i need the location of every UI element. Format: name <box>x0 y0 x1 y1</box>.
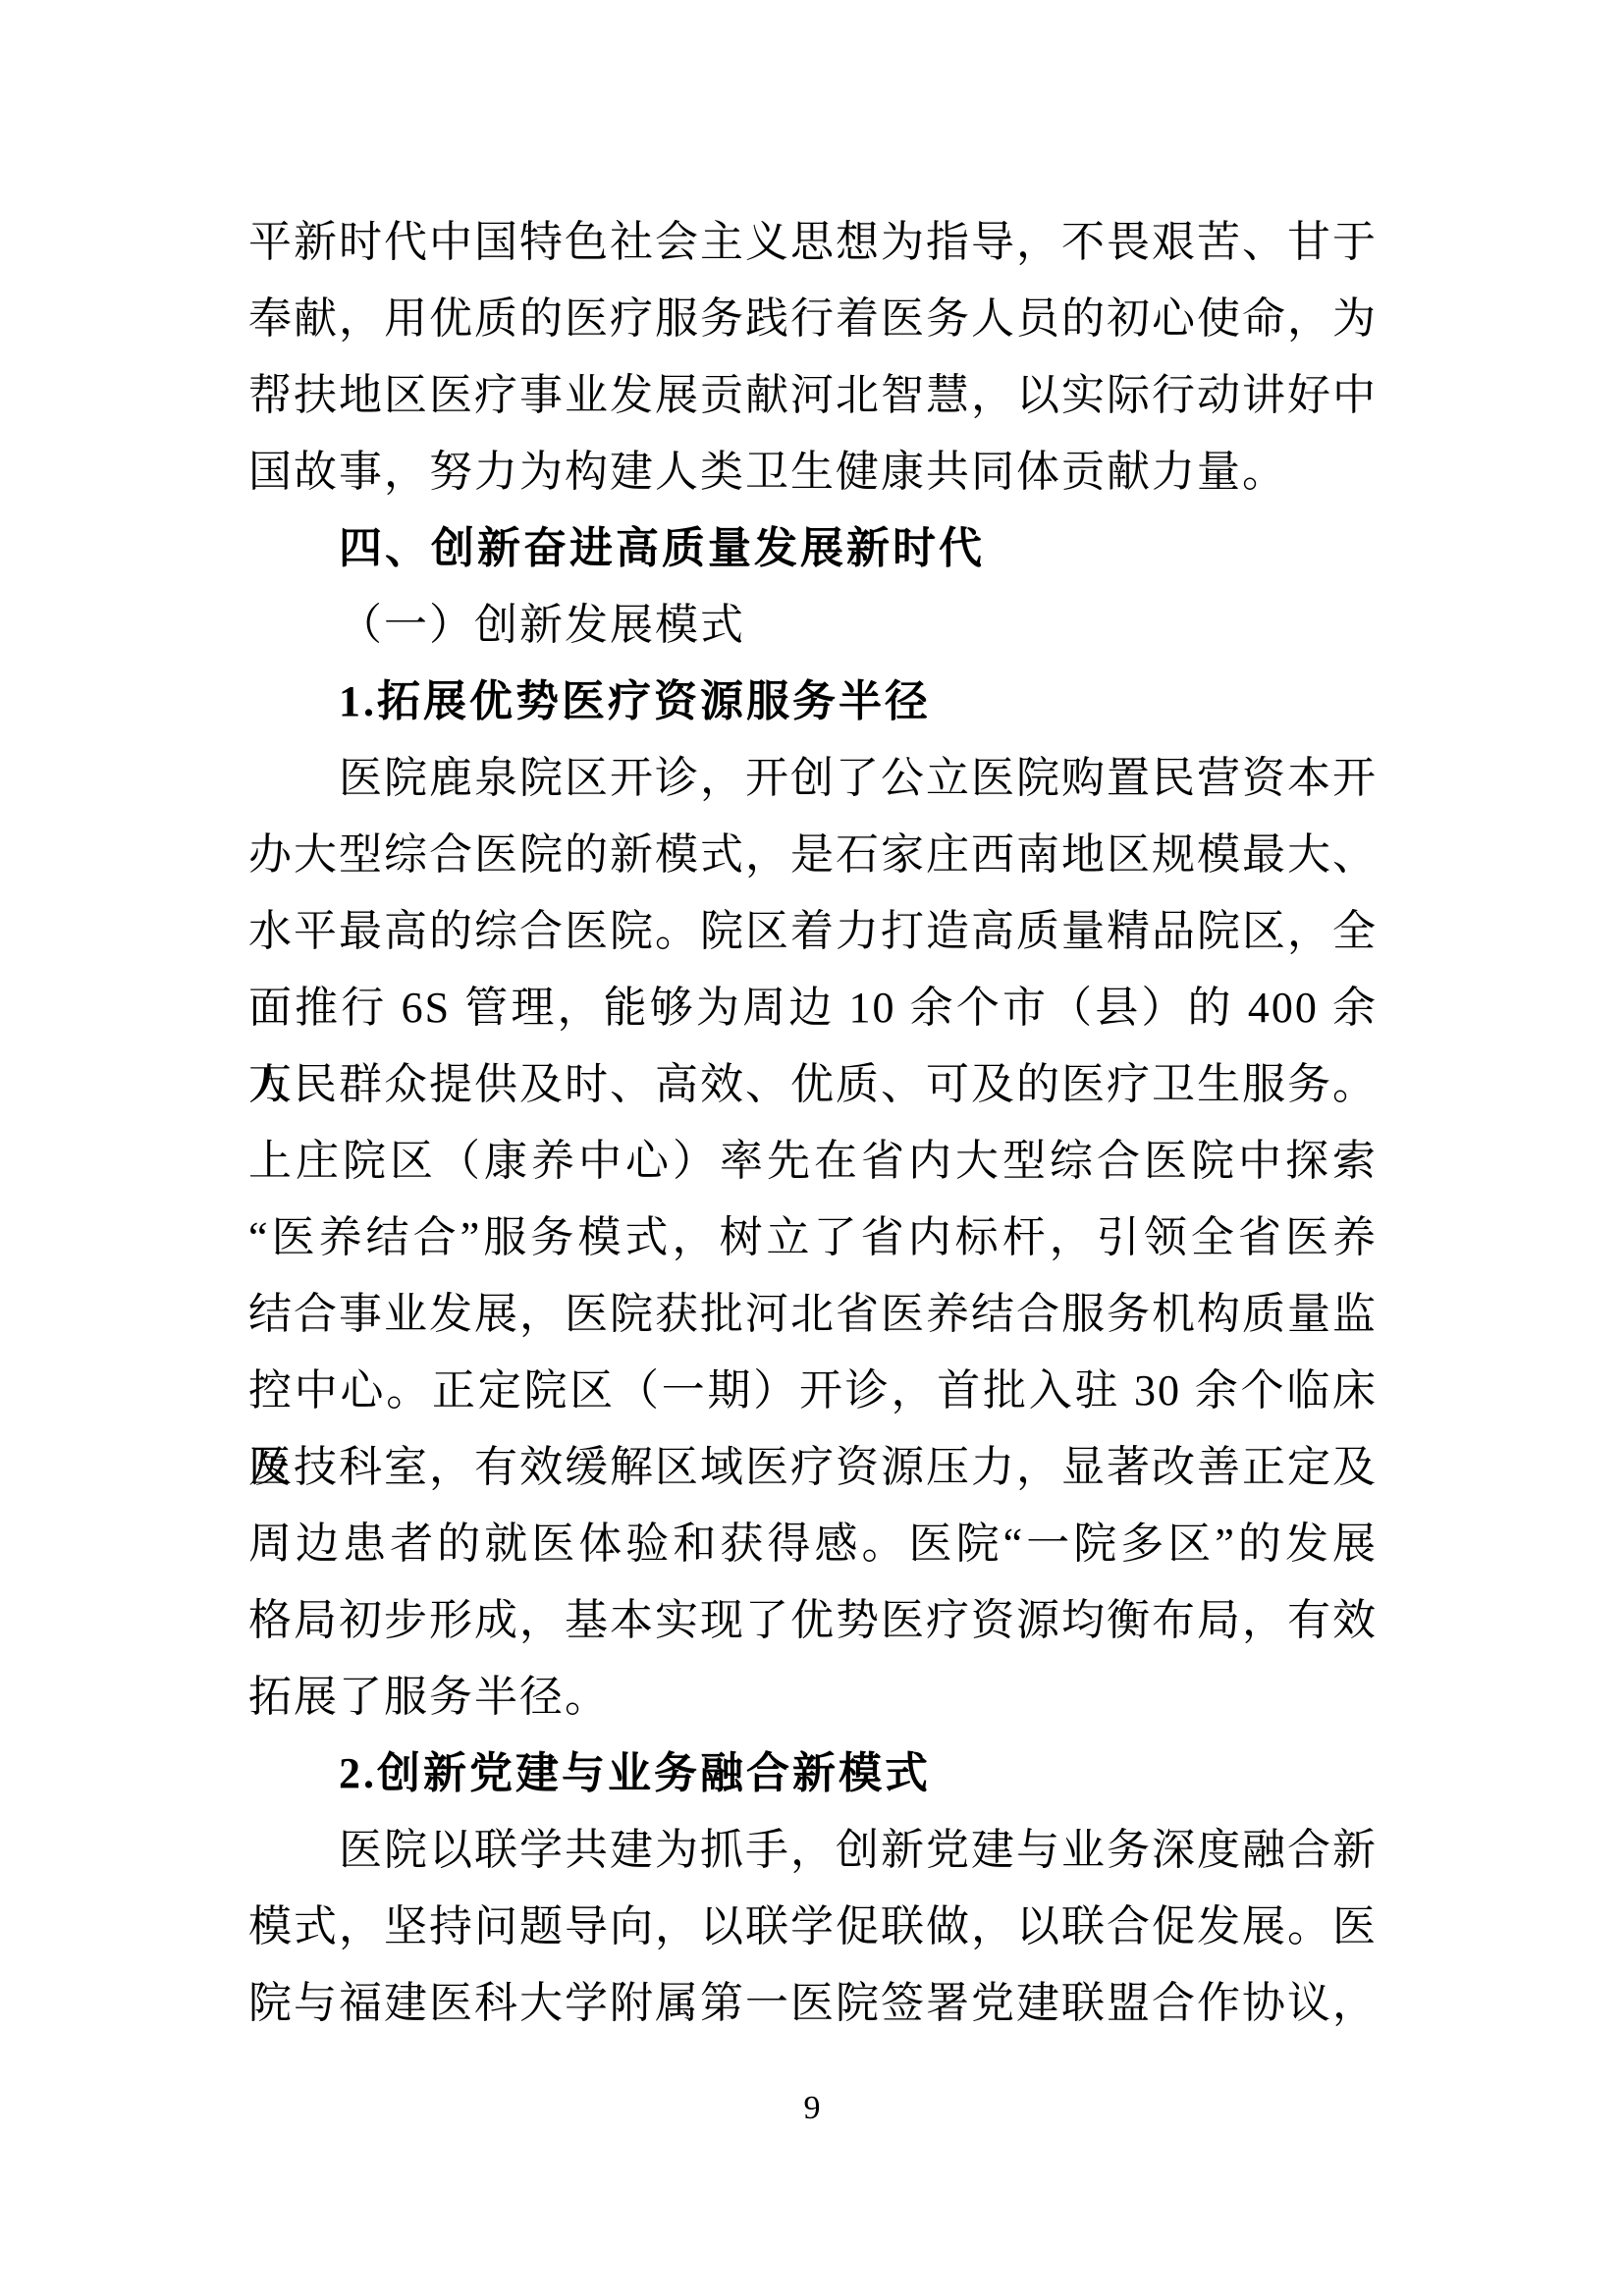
text-line: 医技科室，有效缓解区域医疗资源压力，显著改善正定及 <box>248 1429 1378 1506</box>
text-line: 平新时代中国特色社会主义思想为指导，不畏艰苦、甘于 <box>248 204 1378 281</box>
text-line: 格局初步形成，基本实现了优势医疗资源均衡布局，有效 <box>248 1582 1378 1659</box>
text-line: 水平最高的综合医院。院区着力打造高质量精品院区，全 <box>248 893 1378 970</box>
subpoint-heading-1: 1.拓展优势医疗资源服务半径 <box>248 664 1378 740</box>
text-line: 医院以联学共建为抓手，创新党建与业务深度融合新 <box>248 1812 1378 1889</box>
text-line: 人民群众提供及时、高效、优质、可及的医疗卫生服务。 <box>248 1046 1378 1123</box>
text-line: 拓展了服务半径。 <box>248 1659 1378 1735</box>
section-heading: 四、创新奋进高质量发展新时代 <box>248 510 1378 587</box>
text-line: 国故事，努力为构建人类卫生健康共同体贡献力量。 <box>248 434 1378 510</box>
text-block: 平新时代中国特色社会主义思想为指导，不畏艰苦、甘于 奉献，用优质的医疗服务践行着… <box>248 204 1378 2042</box>
document-page: 平新时代中国特色社会主义思想为指导，不畏艰苦、甘于 奉献，用优质的医疗服务践行着… <box>0 0 1624 2296</box>
subsection-heading: （一）创新发展模式 <box>248 587 1378 664</box>
text-line: 面推行 6S 管理，能够为周边 10 余个市（县）的 400 余万 <box>248 970 1378 1046</box>
text-line: 院与福建医科大学附属第一医院签署党建联盟合作协议， <box>248 1965 1378 2042</box>
text-line: 模式，坚持问题导向，以联学促联做，以联合促发展。医 <box>248 1889 1378 1965</box>
text-line: 帮扶地区医疗事业发展贡献河北智慧，以实际行动讲好中 <box>248 357 1378 434</box>
text-line: 上庄院区（康养中心）率先在省内大型综合医院中探索 <box>248 1123 1378 1200</box>
subpoint-heading-2: 2.创新党建与业务融合新模式 <box>248 1735 1378 1812</box>
text-line: 奉献，用优质的医疗服务践行着医务人员的初心使命，为 <box>248 281 1378 357</box>
text-line: 周边患者的就医体验和获得感。医院“一院多区”的发展 <box>248 1506 1378 1582</box>
text-line: 办大型综合医院的新模式，是石家庄西南地区规模最大、 <box>248 817 1378 893</box>
text-line: 结合事业发展，医院获批河北省医养结合服务机构质量监 <box>248 1276 1378 1353</box>
text-line: 控中心。正定院区（一期）开诊，首批入驻 30 余个临床及 <box>248 1353 1378 1429</box>
page-number: 9 <box>0 2089 1624 2128</box>
text-line: 医院鹿泉院区开诊，开创了公立医院购置民营资本开 <box>248 740 1378 817</box>
text-line: “医养结合”服务模式，树立了省内标杆，引领全省医养 <box>248 1200 1378 1276</box>
